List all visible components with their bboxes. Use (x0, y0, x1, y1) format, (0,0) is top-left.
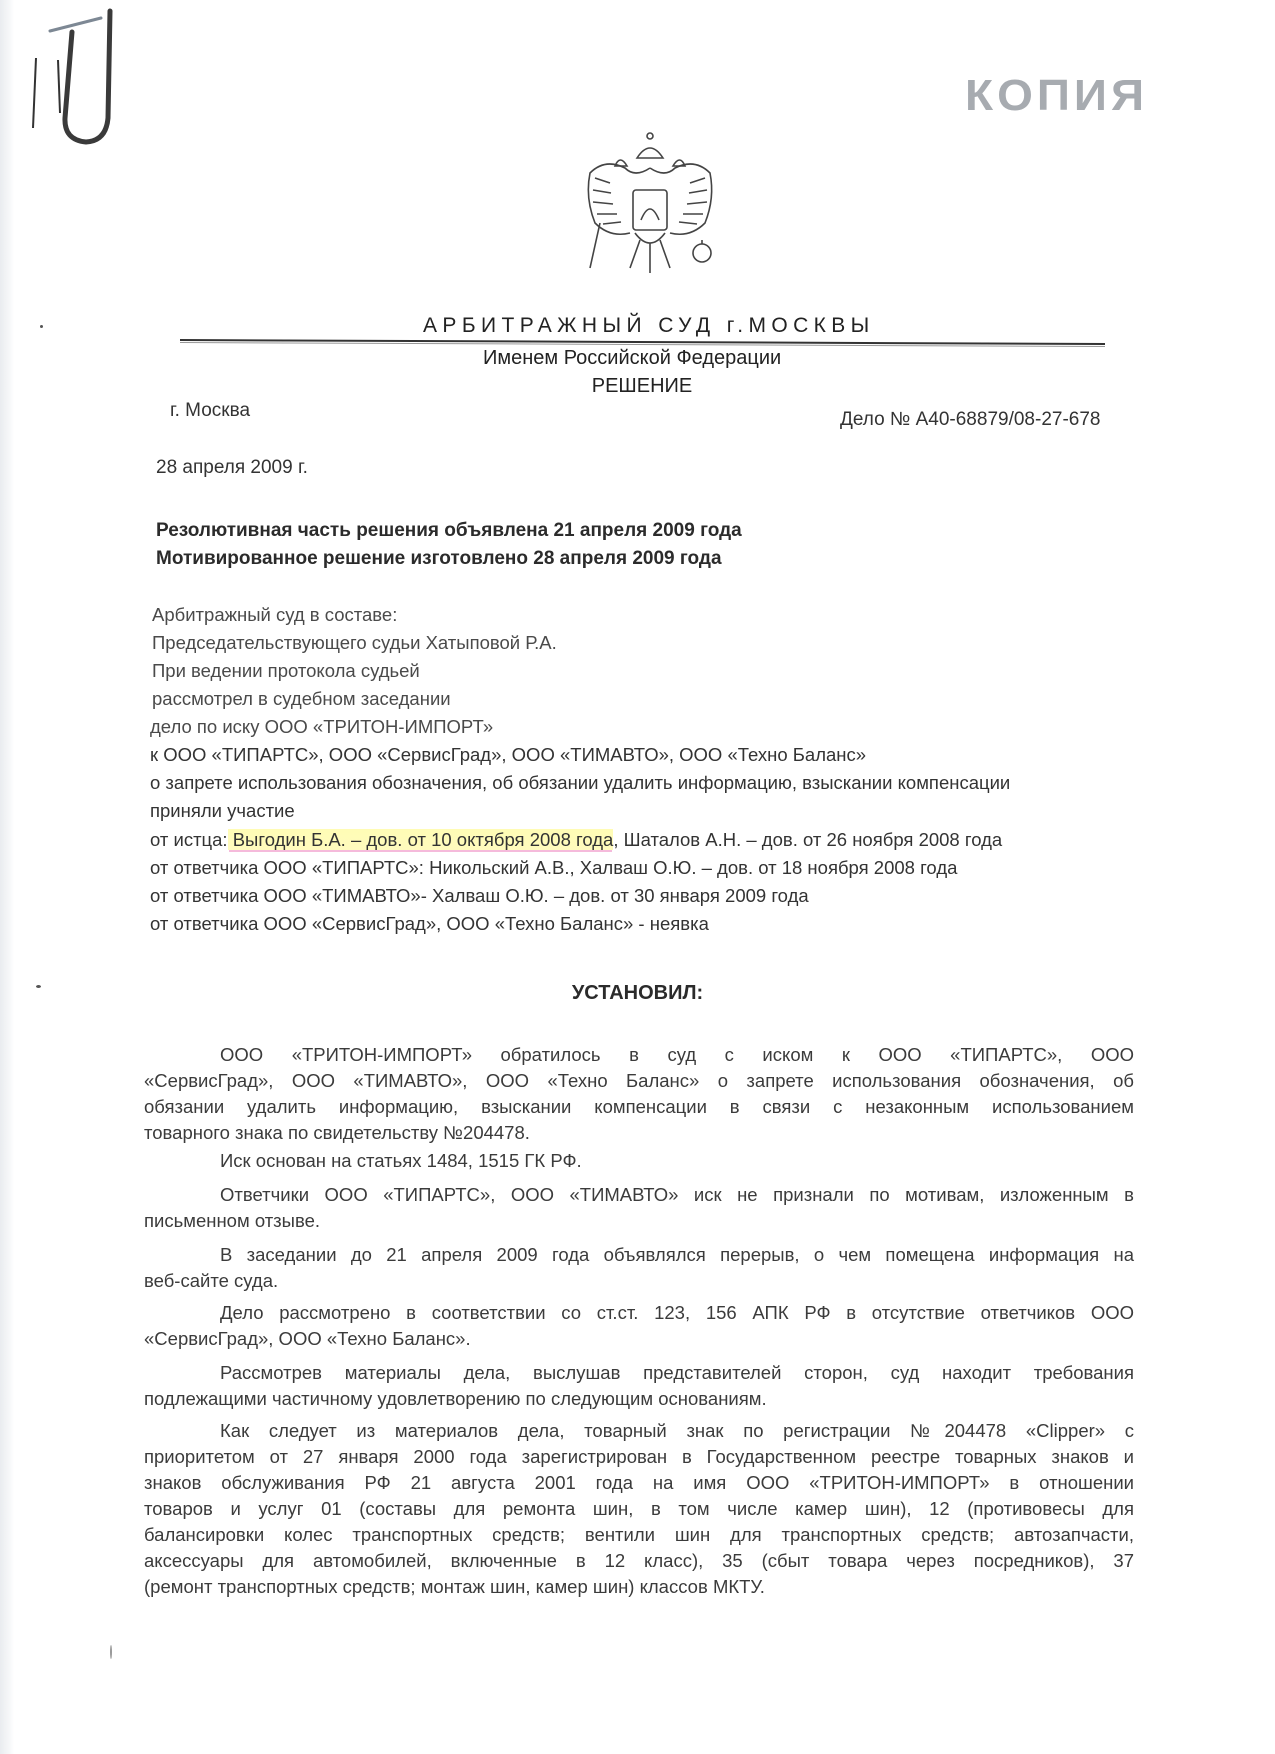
established-heading: УСТАНОВИЛ: (0, 982, 1275, 1005)
paragraph-claim: ООО «ТРИТОН-ИМПОРТ» обратилось в суд с и… (144, 1042, 1134, 1146)
paragraph-line: письменном отзыве. (144, 1208, 1134, 1234)
coat-of-arms-icon (575, 128, 725, 283)
paragraph-line: балансировки колес транспортных средств;… (144, 1522, 1134, 1548)
subtitle: Именем Российской Федерации (483, 347, 781, 370)
paragraph-line: (ремонт транспортных средств; монтаж шин… (144, 1574, 1134, 1600)
paragraph-basis: Иск основан на статьях 1484, 1515 ГК РФ. (144, 1148, 1134, 1174)
scan-edge (0, 0, 14, 1754)
paragraph-line: приоритетом от 27 января 2000 года зарег… (144, 1444, 1134, 1470)
participant-defendant: от ответчика ООО «ТИПАРТС»: Никольский А… (150, 857, 957, 879)
paragraph-trademark: Как следует из материалов дела, товарный… (144, 1418, 1134, 1600)
paragraph-line: Как следует из материалов дела, товарный… (144, 1418, 1134, 1444)
scan-speck (40, 325, 43, 328)
plaintiff-rest: , Шаталов А.Н. – дов. от 26 ноября 2008 … (613, 829, 1002, 850)
composition-line: о запрете использования обозначения, об … (150, 772, 1010, 794)
decision-title-text: РЕШЕНИЕ (592, 375, 693, 398)
composition-line: При ведении протокола судьей (152, 660, 420, 682)
announcement-resolution: Резолютивная часть решения объявлена 21 … (156, 520, 742, 542)
paragraph-absence: Дело рассмотрено в соответствии со ст.ст… (144, 1300, 1134, 1352)
paragraph-findings: Рассмотрев материалы дела, выслушав пред… (144, 1360, 1134, 1412)
paragraph-line: «СервисГрад», ООО «ТИМАВТО», ООО «Техно … (144, 1068, 1134, 1094)
decision-date: 28 апреля 2009 г. (156, 457, 308, 479)
decision-title: РЕШЕНИЕ (0, 375, 1275, 398)
paragraph-defendants-position: Ответчики ООО «ТИПАРТС», ООО «ТИМАВТО» и… (144, 1182, 1134, 1234)
highlighted-representative: Выгодин Б.А. – дов. от 10 октября 2008 г… (228, 829, 614, 850)
composition-line: Арбитражный суд в составе: (152, 604, 397, 626)
paragraph-line: товарного знака по свидетельству №204478… (144, 1120, 1134, 1146)
case-number: Дело № А40-68879/08-27-678 (840, 409, 1100, 431)
paragraph-line: Иск основан на статьях 1484, 1515 ГК РФ. (144, 1148, 1134, 1174)
paragraph-line: Ответчики ООО «ТИПАРТС», ООО «ТИМАВТО» и… (144, 1182, 1134, 1208)
composition-line: приняли участие (150, 800, 295, 822)
paragraph-line: знаков обслуживания РФ 21 августа 2001 г… (144, 1470, 1134, 1496)
composition-line: Председательствующего судьи Хатыповой Р.… (152, 632, 557, 654)
paragraph-line: обязании удалить информацию, взыскании к… (144, 1094, 1134, 1120)
paragraph-line: ООО «ТРИТОН-ИМПОРТ» обратилось в суд с и… (144, 1042, 1134, 1068)
paragraph-line: «СервисГрад», ООО «Техно Баланс». (144, 1326, 1134, 1352)
city: г. Москва (170, 400, 250, 422)
copy-stamp: КОПИЯ (965, 69, 1148, 120)
handwritten-mark-icon (28, 8, 138, 148)
paragraph-line: подлежащими частичному удовлетворению по… (144, 1386, 1134, 1412)
paragraph-line: В заседании до 21 апреля 2009 года объяв… (144, 1242, 1134, 1268)
announcement-motivated: Мотивированное решение изготовлено 28 ап… (156, 548, 722, 570)
paragraph-line: Дело рассмотрено в соответствии со ст.ст… (144, 1300, 1134, 1326)
paragraph-line: Рассмотрев материалы дела, выслушав пред… (144, 1360, 1134, 1386)
paragraph-recess: В заседании до 21 апреля 2009 года объяв… (144, 1242, 1134, 1294)
court-name: АРБИТРАЖНЫЙ СУД г.МОСКВЫ (423, 314, 875, 338)
composition-line: дело по иску ООО «ТРИТОН-ИМПОРТ» (150, 716, 493, 738)
scan-speck (110, 1645, 112, 1659)
participant-plaintiff: от истца: Выгодин Б.А. – дов. от 10 октя… (150, 829, 1002, 851)
composition-line: рассмотрел в судебном заседании (152, 688, 451, 710)
paragraph-line: аксессуары для автомобилей, включенные в… (144, 1548, 1134, 1574)
scan-speck (36, 985, 41, 988)
plaintiff-prefix: от истца: (150, 829, 228, 850)
participant-defendant: от ответчика ООО «ТИМАВТО»- Халваш О.Ю. … (150, 885, 809, 907)
composition-line: к ООО «ТИПАРТС», ООО «СервисГрад», ООО «… (150, 744, 866, 766)
paragraph-line: товаров и услуг 01 (составы для ремонта … (144, 1496, 1134, 1522)
participant-defendant: от ответчика ООО «СервисГрад», ООО «Техн… (150, 913, 709, 935)
paragraph-line: веб-сайте суда. (144, 1268, 1134, 1294)
